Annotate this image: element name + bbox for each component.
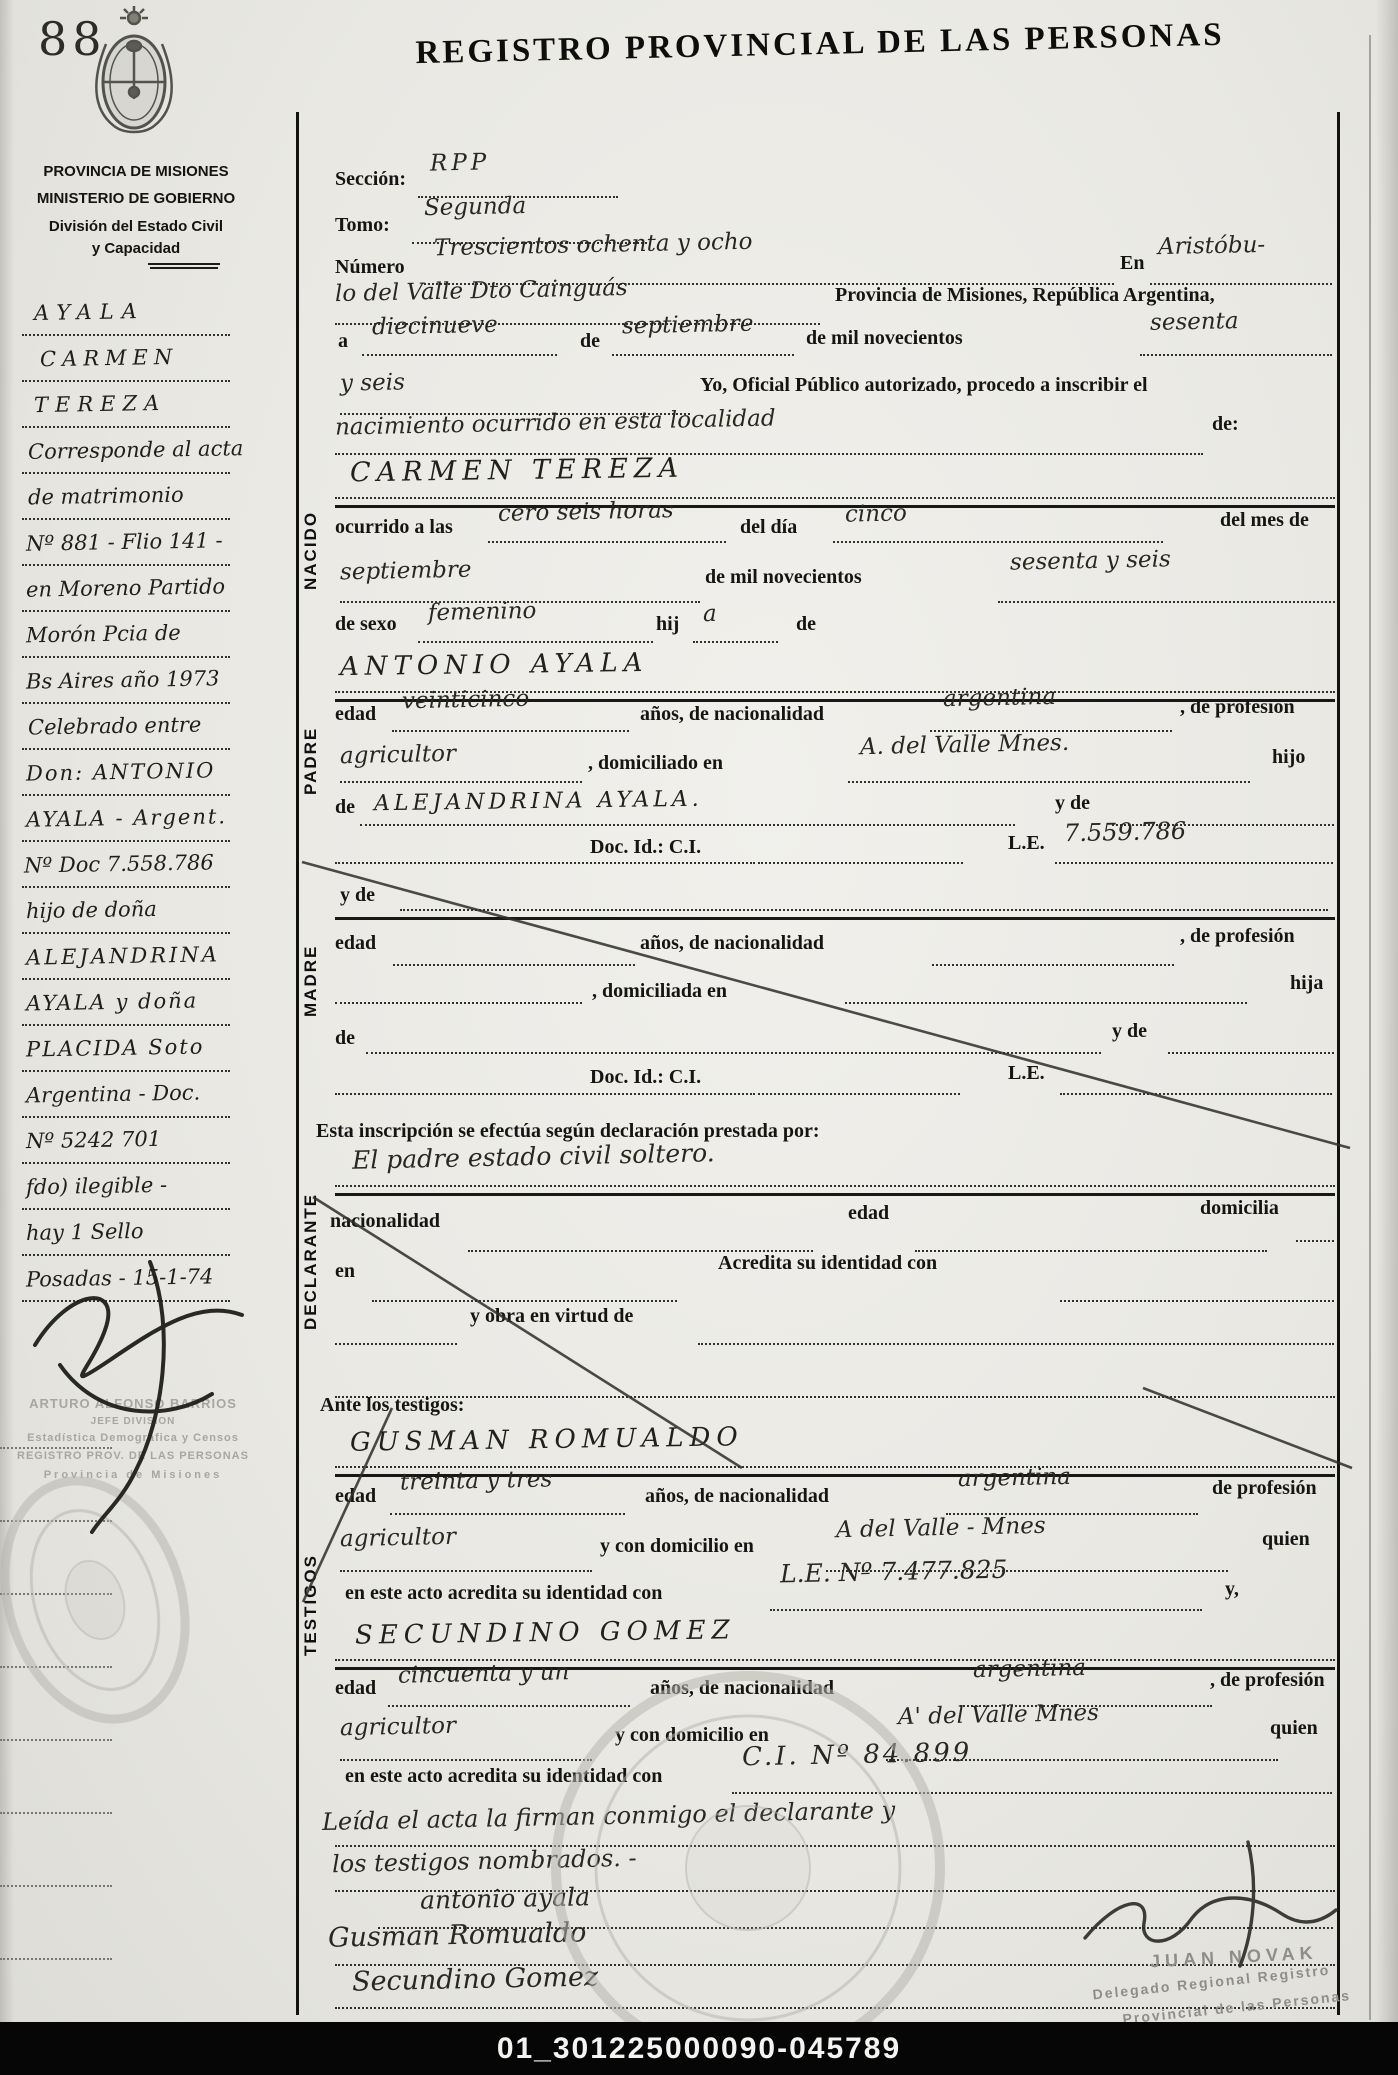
margin-note: AYALA - Argent. — [26, 804, 227, 832]
padre-profesion-value: agricultor — [340, 741, 456, 769]
madre-doc-label: Doc. Id.: C.I. — [590, 1066, 701, 1089]
dotted-line — [1296, 1240, 1334, 1242]
tomo-value: Segunda — [424, 193, 527, 221]
margin-note: AYALA — [34, 299, 145, 325]
padre-de-label: de — [335, 796, 355, 819]
margin-note: CARMEN — [40, 345, 179, 371]
dotted-line — [612, 354, 794, 356]
dotted-line — [360, 824, 1015, 826]
section-label-declarante: DECLARANTE — [301, 1208, 321, 1330]
padre-edad-label: edad — [335, 703, 376, 726]
dotted-line — [22, 1024, 230, 1026]
dotted-line — [22, 932, 230, 934]
dotted-line — [335, 1093, 755, 1095]
witness1-name: GUSMAN ROMUALDO — [350, 1422, 744, 1457]
witness1-profesion-label: de profesión — [1212, 1477, 1317, 1500]
dotted-line — [22, 518, 230, 520]
margin-note: Posadas - 15-1-74 — [26, 1264, 214, 1291]
margin-note: AYALA y doña — [26, 988, 199, 1015]
witness2-edad-label: edad — [335, 1677, 376, 1700]
dotted-line — [0, 1447, 112, 1449]
dotted-line — [1140, 354, 1332, 356]
sex-label: de sexo — [335, 613, 397, 636]
margin-note: hay 1 Sello — [26, 1219, 144, 1245]
dotted-line — [340, 1570, 592, 1572]
dotted-line — [335, 497, 1335, 499]
dotted-line — [1055, 862, 1333, 864]
padre-domicilio-label: , domiciliado en — [588, 752, 723, 775]
declarante-edad-label: edad — [848, 1202, 889, 1225]
dotted-line — [22, 1300, 230, 1302]
madre-hija-label: hija — [1290, 972, 1323, 995]
padre-hijo-label: hijo — [1272, 746, 1305, 769]
dotted-line — [22, 1070, 230, 1072]
padre-le-value: 7.559.786 — [1064, 817, 1187, 848]
margin-note: PLACIDA Soto — [26, 1034, 205, 1061]
dotted-line — [340, 1759, 592, 1761]
margin-note: Nº Doc 7.558.786 — [24, 850, 214, 877]
dotted-line — [418, 641, 653, 643]
dotted-line — [400, 909, 1328, 911]
dotted-line — [0, 1812, 112, 1814]
dotted-line — [388, 1705, 630, 1707]
dotted-line — [833, 541, 1163, 543]
place-continued: lo del Valle Dto Cainguás — [335, 275, 628, 307]
hij-label: hij — [656, 613, 679, 636]
sex-value: femenino — [428, 598, 537, 626]
witness2-acredita-label: en este acto acredita su identidad con — [345, 1765, 662, 1788]
witness1-profesion-value: agricultor — [340, 1524, 456, 1552]
section-label-padre: PADRE — [301, 731, 321, 795]
agency-line-1: PROVINCIA DE MISIONES — [36, 163, 236, 180]
witness1-edad-value: treinta y tres — [400, 1466, 553, 1495]
madre-de-label: de — [335, 1027, 355, 1050]
dotted-line — [22, 610, 230, 612]
month-value: septiembre — [622, 311, 754, 340]
declaracion-intro: Esta inscripción se efectúa según declar… — [316, 1120, 820, 1143]
dotted-line — [22, 426, 230, 428]
form-left-border — [296, 112, 299, 2015]
witness2-edad-value: cincuenta y un — [398, 1659, 570, 1689]
dotted-line — [335, 1396, 1335, 1398]
dotted-line — [22, 564, 230, 566]
witness2-profesion-value: agricultor — [340, 1713, 456, 1741]
padre-yde-label: y de — [1055, 792, 1090, 815]
witness2-name: SECUNDINO GOMEZ — [355, 1615, 736, 1650]
section-label-madre: MADRE — [301, 951, 321, 1017]
dotted-line — [390, 1513, 625, 1515]
section-label-nacido: NACIDO — [301, 508, 321, 590]
section-label-testigos: TESTIGOS — [301, 1572, 321, 1656]
margin-note: Morón Pcia de — [26, 621, 181, 648]
day-value: diecinueve — [372, 312, 498, 341]
witness2-nacionalidad-label: años, de nacionalidad — [650, 1677, 834, 1700]
de-colon-label: de: — [1212, 413, 1239, 436]
dotted-line — [758, 1093, 960, 1095]
margin-stamp-office: Estadística Demográfica y Censos — [8, 1432, 258, 1444]
underline-flourish — [150, 267, 218, 269]
de-label: de — [796, 613, 816, 636]
rule-line — [335, 917, 1335, 920]
dotted-line — [0, 1958, 112, 1960]
rule-line — [335, 505, 1335, 508]
seccion-label: Sección: — [335, 168, 406, 191]
margin-note: hijo de doña — [26, 897, 157, 923]
father-name: ANTONIO AYALA — [340, 648, 649, 682]
padre-domicilio-value: A. del Valle Mnes. — [860, 730, 1070, 760]
left-edge-shade — [0, 0, 14, 2075]
witness2-doc-value: C.I. Nº 84.899 — [742, 1738, 973, 1773]
margin-note: Nº 5242 701 — [26, 1127, 162, 1153]
margin-note: de matrimonio — [28, 483, 184, 510]
dotted-line — [845, 1002, 1247, 1004]
padre-le-label: L.E. — [1008, 832, 1045, 855]
dotted-line — [366, 1052, 1101, 1054]
dotted-line — [0, 1593, 112, 1595]
document-title: REGISTRO PROVINCIAL DE LAS PERSONAS — [320, 15, 1321, 75]
hour-value: cero seis horas — [498, 497, 674, 527]
witness2-profesion-label: , de profesión — [1210, 1669, 1325, 1692]
dotted-line — [488, 541, 726, 543]
dotted-line — [22, 472, 230, 474]
dotted-line — [848, 781, 1250, 783]
witness1-edad-label: edad — [335, 1485, 376, 1508]
margin-note: TEREZA — [34, 391, 167, 417]
a-label: a — [338, 330, 348, 353]
dotted-line — [1060, 1300, 1334, 1302]
dotted-line — [335, 1343, 457, 1345]
dotted-line — [335, 862, 755, 864]
dotted-line — [22, 840, 230, 842]
declarante-en-label: en — [335, 1260, 355, 1283]
margin-note: Celebrado entre — [28, 712, 202, 739]
padre-profesion-label: , de profesión — [1180, 696, 1295, 719]
dotted-line — [0, 1666, 112, 1668]
century-label: de mil novecientos — [806, 327, 963, 350]
dotted-line — [693, 641, 778, 643]
tomo-label: Tomo: — [335, 214, 390, 237]
dotted-line — [1168, 1052, 1334, 1054]
dotted-line — [335, 1185, 1335, 1187]
numero-label: Número — [335, 256, 405, 279]
dotted-line — [22, 794, 230, 796]
dotted-line — [770, 1609, 1202, 1611]
signature-witness2: Secundino Gomez — [352, 1961, 599, 1997]
declarante-domicilia-label: domicilia — [1200, 1197, 1279, 1220]
dotted-line — [22, 886, 230, 888]
dotted-line — [22, 1208, 230, 1210]
hij-suffix-value: a — [703, 601, 717, 627]
witness2-nacionalidad-value: argentina — [973, 1655, 1087, 1683]
agency-line-2: MINISTERIO DE GOBIERNO — [36, 190, 236, 207]
margin-note: Nº 881 - Flio 141 - — [26, 528, 223, 555]
year-continued: y seis — [340, 369, 405, 396]
margin-note: Bs Aires año 1973 — [26, 666, 220, 693]
dotted-line — [22, 1254, 230, 1256]
madre-le-label: L.E. — [1008, 1062, 1045, 1085]
witness1-domicilio-label: y con domicilio en — [600, 1535, 754, 1558]
madre-domicilio-label: , domiciliada en — [592, 980, 727, 1003]
agency-line-4: y Capacidad — [36, 240, 236, 257]
witness2-quien-label: quien — [1270, 1717, 1318, 1740]
dotted-line — [22, 334, 230, 336]
dotted-line — [22, 1162, 230, 1164]
dotted-line — [22, 1116, 230, 1118]
footer-code: 01_301225000090-045789 — [0, 2032, 1398, 2066]
madre-yde2-label: y de — [1112, 1020, 1147, 1043]
witness1-acredita-label: en este acto acredita su identidad con — [345, 1582, 662, 1605]
margin-note: ALEJANDRINA — [26, 942, 220, 969]
padre-abuela-value: ALEJANDRINA AYALA. — [374, 787, 703, 817]
madre-nacionalidad-label: años, de nacionalidad — [640, 932, 824, 955]
dotted-line — [0, 1739, 112, 1741]
dotted-line — [335, 1002, 582, 1004]
margin-note: fdo) ilegible - — [26, 1173, 168, 1199]
de-label: de — [580, 330, 600, 353]
dotted-line — [698, 1343, 1334, 1345]
dotted-line — [22, 702, 230, 704]
witness1-y-label: y, — [1225, 1578, 1239, 1601]
dotted-line — [372, 1300, 677, 1302]
en-label: En — [1120, 252, 1144, 275]
official-line: Yo, Oficial Público autorizado, procedo … — [700, 374, 1148, 397]
dotted-line — [732, 1792, 1332, 1794]
padre-nacionalidad-value: argentina — [943, 684, 1057, 712]
century-label: de mil novecientos — [705, 566, 862, 589]
page-fold-line — [1369, 35, 1371, 2020]
signature-witness1: Gusman Romualdo — [328, 1917, 587, 1953]
province-line: Provincia de Misiones, República Argenti… — [835, 284, 1215, 307]
event-value: nacimiento ocurrido en esta localidad — [335, 405, 776, 440]
dotted-line — [362, 354, 557, 356]
witness2-domicilio-value: A' del Valle Mnes — [898, 1700, 1099, 1730]
margin-note: Argentina - Doc. — [26, 1080, 201, 1107]
dotted-line — [0, 1520, 112, 1522]
margin-stamp-name: ARTURO ALFONSO BARRIOS — [8, 1396, 258, 1411]
dotted-line — [340, 781, 582, 783]
dotted-line — [335, 453, 1203, 455]
dotted-line — [0, 1885, 112, 1887]
signature-declarant: antonio ayala — [420, 1882, 591, 1915]
declarante-acredita-label: Acredita su identidad con — [718, 1252, 937, 1275]
dotted-line — [22, 978, 230, 980]
dotted-line — [393, 964, 635, 966]
birth-year-value: sesenta y seis — [1010, 546, 1171, 575]
madre-profesion-label: , de profesión — [1180, 925, 1295, 948]
witness1-domicilio-value: A del Valle - Mnes — [836, 1513, 1046, 1543]
declarante-obra-label: y obra en virtud de — [470, 1305, 633, 1328]
margin-note: Don: ANTONIO — [26, 758, 216, 785]
witness1-nacionalidad-label: años, de nacionalidad — [645, 1485, 829, 1508]
witness1-nacionalidad-value: argentina — [958, 1464, 1072, 1492]
dotted-line — [1060, 1093, 1332, 1095]
dotted-line — [758, 862, 963, 864]
margin-note: Corresponde al acta — [28, 436, 244, 464]
margin-note: en Moreno Partido — [26, 574, 225, 601]
dotted-line — [915, 1250, 1267, 1252]
padre-edad-value: veinticinco — [402, 686, 530, 715]
scanned-birth-certificate: 88 REGISTRO PROVINCIAL DE LAS PERSONAS P… — [0, 0, 1398, 2075]
underline-flourish — [148, 263, 220, 265]
numero-value: Trescientos ochenta y ocho — [434, 229, 753, 262]
dotted-line — [22, 656, 230, 658]
rule-line — [335, 1193, 1335, 1196]
seccion-value: RPP — [430, 149, 491, 176]
witness1-quien-label: quien — [1262, 1528, 1310, 1551]
declaracion-value: El padre estado civil soltero. — [352, 1138, 715, 1175]
coat-of-arms-icon — [84, 4, 184, 138]
testigos-intro: Ante los testigos: — [320, 1394, 464, 1417]
place-value: Aristóbu- — [1158, 232, 1266, 260]
agency-line-3: División del Estado Civil — [36, 218, 236, 235]
madre-edad-label: edad — [335, 932, 376, 955]
birth-day-value: cinco — [845, 500, 907, 527]
right-edge-shade — [1376, 0, 1398, 2075]
day-label: del día — [740, 516, 797, 539]
dotted-line — [932, 964, 1174, 966]
padre-doc-label: Doc. Id.: C.I. — [590, 836, 701, 859]
year-value: sesenta — [1150, 308, 1239, 336]
margin-stamp-province: Provincia de Misiones — [8, 1469, 258, 1481]
madre-yde-label: y de — [340, 884, 375, 907]
dotted-line — [998, 601, 1335, 603]
occurred-label: ocurrido a las — [335, 516, 453, 539]
child-name: CARMEN TEREZA — [350, 453, 684, 489]
dotted-line — [22, 748, 230, 750]
closing-line-1: Leída el acta la firman conmigo el decla… — [322, 1796, 896, 1836]
birth-month-value: septiembre — [340, 557, 472, 586]
declarante-nacionalidad-label: nacionalidad — [330, 1210, 440, 1233]
closing-line-2: los testigos nombrados. - — [332, 1844, 637, 1878]
padre-nacionalidad-label: años, de nacionalidad — [640, 703, 824, 726]
witness1-doc-value: L.E. Nº 7.477.825 — [780, 1555, 1008, 1589]
dotted-line — [22, 380, 230, 382]
margin-stamp-title: JEFE DIVISION — [8, 1416, 258, 1427]
dotted-line — [392, 730, 629, 732]
margin-stamp-registry: REGISTRO PROV. DE LAS PERSONAS — [8, 1450, 258, 1462]
month-label: del mes de — [1220, 509, 1309, 532]
form-right-border — [1337, 112, 1340, 2015]
